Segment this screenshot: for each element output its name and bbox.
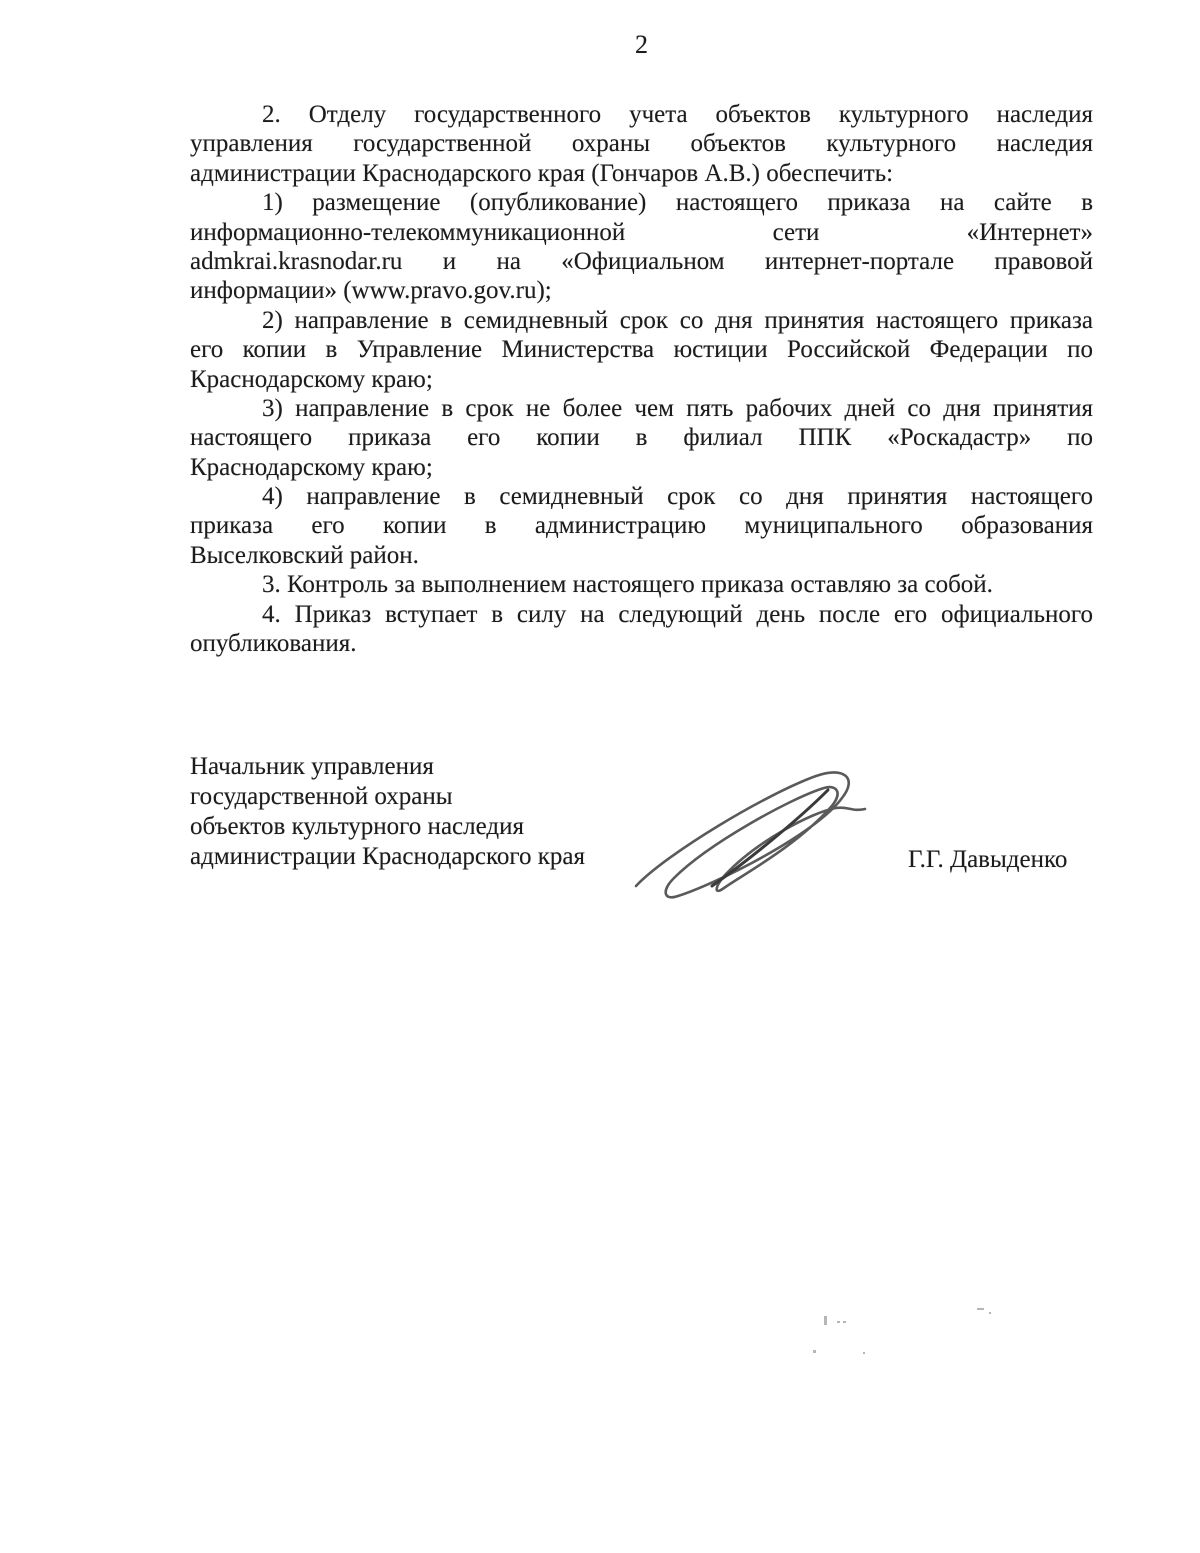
scan-speck <box>863 1352 865 1354</box>
text-line: настоящего приказа его копии в филиал ПП… <box>190 423 1093 452</box>
scan-speck <box>977 1308 984 1310</box>
page-number: 2 <box>190 30 1093 60</box>
text-line: информации» (www.pravo.gov.ru); <box>190 276 1093 305</box>
text-line: 1) размещение (опубликование) настоящего… <box>190 188 1093 217</box>
document-page: 2 2. Отделу государственного учета объек… <box>0 0 1200 1553</box>
text-line: Выселковский район. <box>190 541 1093 570</box>
text-line: опубликования. <box>190 629 1093 658</box>
text-line: 4) направление в семидневный срок со дня… <box>190 482 1093 511</box>
text-line: 2) направление в семидневный срок со дня… <box>190 306 1093 335</box>
text-line: администрации Краснодарского края (Гонча… <box>190 159 1093 188</box>
signer-position-line: администрации Краснодарского края <box>190 842 660 872</box>
document-body: 2. Отделу государственного учета объекто… <box>190 100 1093 658</box>
scan-speck <box>813 1350 816 1353</box>
text-line: информационно-телекоммуникационной сети … <box>190 218 1093 247</box>
signature-block: Начальник управления государственной охр… <box>190 752 660 872</box>
text-line: admkrai.krasnodar.ru и на «Официальном и… <box>190 247 1093 276</box>
signer-position-line: государственной охраны <box>190 782 660 812</box>
text-line: 3. Контроль за выполнением настоящего пр… <box>190 570 1093 599</box>
text-line: Краснодарскому краю; <box>190 365 1093 394</box>
scan-speck <box>843 1321 846 1323</box>
text-line: Краснодарскому краю; <box>190 453 1093 482</box>
text-line: приказа его копии в администрацию муници… <box>190 511 1093 540</box>
scan-speck <box>824 1316 827 1325</box>
signer-name: Г.Г. Давыденко <box>908 846 1067 874</box>
signer-position-line: объектов культурного наследия <box>190 812 660 842</box>
handwritten-signature-icon <box>616 756 868 904</box>
scan-speck <box>837 1321 840 1323</box>
text-line: 3) направление в срок не более чем пять … <box>190 394 1093 423</box>
text-line: управления государственной охраны объект… <box>190 129 1093 158</box>
scan-speck <box>989 1312 991 1314</box>
signer-position-line: Начальник управления <box>190 752 660 782</box>
text-line: его копии в Управление Министерства юсти… <box>190 335 1093 364</box>
text-line: 2. Отделу государственного учета объекто… <box>190 100 1093 129</box>
text-line: 4. Приказ вступает в силу на следующий д… <box>190 600 1093 629</box>
